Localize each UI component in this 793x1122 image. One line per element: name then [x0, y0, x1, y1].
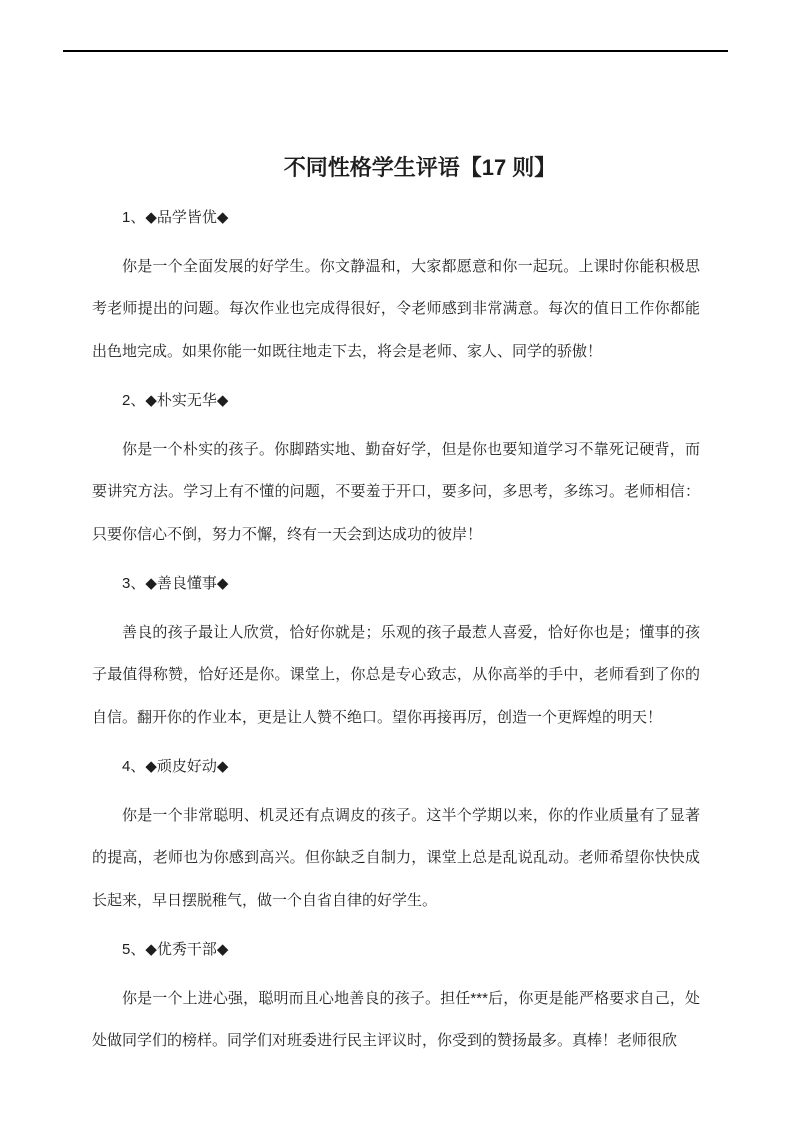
- section-paragraph: 你是一个非常聪明、机灵还有点调皮的孩子。这半个学期以来，你的作业质量有了显著的提…: [92, 795, 700, 923]
- comment-section: 2、◆朴实无华◆ 你是一个朴实的孩子。你脚踏实地、勤奋好学，但是你也要知道学习不…: [92, 380, 700, 556]
- section-paragraph: 你是一个朴实的孩子。你脚踏实地、勤奋好学，但是你也要知道学习不靠死记硬背，而要讲…: [92, 429, 700, 557]
- section-heading: 3、◆善良懂事◆: [92, 563, 700, 606]
- comment-section: 3、◆善良懂事◆ 善良的孩子最让人欣赏，恰好你就是；乐观的孩子最惹人喜爱，恰好你…: [92, 563, 700, 739]
- section-heading: 5、◆优秀干部◆: [92, 929, 700, 972]
- section-heading: 1、◆品学皆优◆: [92, 197, 700, 240]
- section-heading: 2、◆朴实无华◆: [92, 380, 700, 423]
- section-paragraph: 善良的孩子最让人欣赏，恰好你就是；乐观的孩子最惹人喜爱，恰好你也是；懂事的孩子最…: [92, 612, 700, 740]
- comment-section: 4、◆顽皮好动◆ 你是一个非常聪明、机灵还有点调皮的孩子。这半个学期以来，你的作…: [92, 746, 700, 922]
- section-paragraph: 你是一个全面发展的好学生。你文静温和，大家都愿意和你一起玩。上课时你能积极思考老…: [92, 246, 700, 374]
- document-page: 不同性格学生评语【17 则】 1、◆品学皆优◆ 你是一个全面发展的好学生。你文静…: [0, 0, 793, 1122]
- comment-section: 5、◆优秀干部◆ 你是一个上进心强，聪明而且心地善良的孩子。担任***后，你更是…: [92, 929, 700, 1063]
- page-title: 不同性格学生评语【17 则】: [92, 152, 700, 184]
- section-paragraph: 你是一个上进心强，聪明而且心地善良的孩子。担任***后，你更是能严格要求自己，处…: [92, 978, 700, 1063]
- comment-section: 1、◆品学皆优◆ 你是一个全面发展的好学生。你文静温和，大家都愿意和你一起玩。上…: [92, 197, 700, 373]
- document-content: 不同性格学生评语【17 则】 1、◆品学皆优◆ 你是一个全面发展的好学生。你文静…: [92, 0, 700, 1063]
- section-heading: 4、◆顽皮好动◆: [92, 746, 700, 789]
